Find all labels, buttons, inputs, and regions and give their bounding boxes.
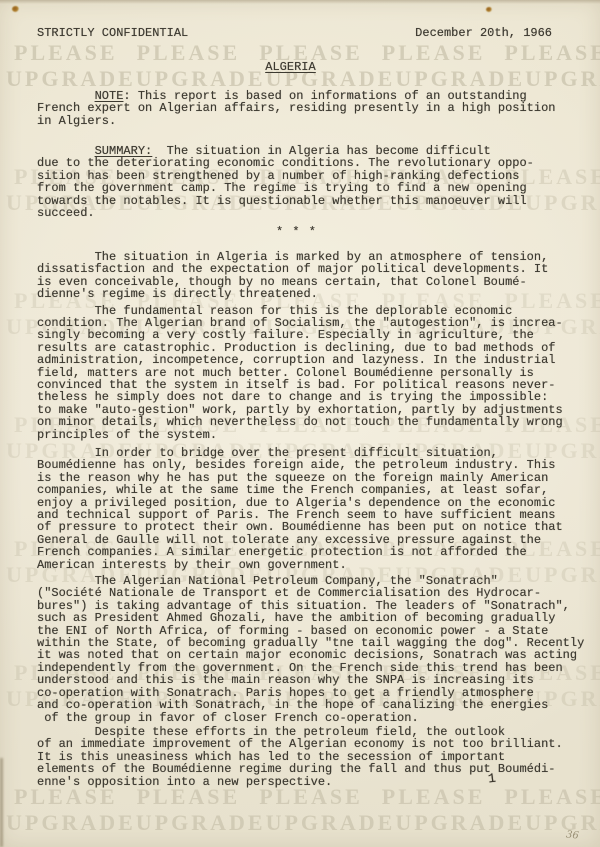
text-line: such as President Ahmed Ghozali, have th…	[37, 612, 580, 624]
text-line: due to the deteriorating economic condit…	[37, 157, 580, 169]
text-line: of the group in favor of closer French c…	[37, 712, 580, 724]
watermark-word: UPGRADE	[136, 812, 266, 834]
text-line: companies, while at the same time the Fr…	[37, 484, 580, 496]
paragraph-petroleum: In order to bridge over the present diff…	[37, 447, 580, 571]
paragraph-situation: The situation in Algeria is marked by an…	[37, 251, 580, 301]
text-line: towards the notables. It is questionable…	[37, 195, 580, 207]
page-number-mark: 1	[487, 771, 497, 787]
watermark-word: PLEASE	[382, 786, 486, 808]
text-line: principles of the system.	[37, 429, 580, 441]
paragraph-economic-condition: The fundamental reason for this is the d…	[37, 305, 580, 441]
text-line: understood and this is the main reason w…	[37, 674, 580, 686]
document-body: NOTE: This report is based on informatio…	[37, 90, 580, 788]
text-line: elements of the Boumédienne regime durin…	[37, 763, 580, 775]
watermark-word: UPGRADE	[266, 812, 396, 834]
text-line: of pressure to protect their own. Bouméd…	[37, 521, 580, 533]
text-line: French companies. A similar energetic pr…	[37, 546, 580, 558]
text-line: it was noted that on certain major econo…	[37, 649, 580, 661]
watermark-word: PLEASE	[504, 786, 600, 808]
watermark-word: UPGRADE	[525, 812, 600, 834]
watermark-word: UPGRADE	[6, 812, 136, 834]
watermark-word: PLEASE	[259, 786, 363, 808]
paragraph-summary: SUMMARY: The situation in Algeria has be…	[37, 145, 580, 219]
page-title: ALGERIA	[19, 61, 562, 73]
text-line: singly becoming a very costly failure. E…	[37, 329, 580, 341]
watermark-row-please: PLEASEPLEASEPLEASEPLEASEPLEASE	[14, 786, 600, 808]
text-line: in Algiers.	[37, 115, 580, 127]
watermark-word: PLEASE	[137, 786, 241, 808]
document-page: PLEASEPLEASEPLEASEPLEASEPLEASEUPGRADEUPG…	[0, 0, 600, 847]
section-separator: * * *	[25, 226, 568, 238]
watermark-word: UPGRADE	[395, 812, 525, 834]
watermark-word: PLEASE	[14, 786, 118, 808]
text-line: and co-operation with Sonatrach, in the …	[37, 699, 580, 711]
classification-label: STRICTLY CONFIDENTIAL	[37, 27, 188, 39]
text-line: administration, incompetence, corruption…	[37, 354, 580, 366]
text-line: ("Société Nationale de Transport et de C…	[37, 587, 580, 599]
text-line: enne's opposition into a new perspective…	[37, 776, 580, 788]
paragraph-outlook: Despite these efforts in the petroleum f…	[37, 726, 580, 788]
text-line: succeed.	[37, 207, 580, 219]
text-line: French expert on Algerian affairs, resid…	[37, 102, 580, 114]
document-content: STRICTLY CONFIDENTIAL December 20th, 196…	[0, 0, 600, 788]
watermark-row-upgrade: UPGRADEUPGRADEUPGRADEUPGRADEUPGRADE	[6, 812, 600, 834]
pencil-annotation: 36	[565, 829, 579, 841]
text-line: from the government camp. The regime is …	[37, 182, 580, 194]
text-line: Boumédienne has only, besides foreign ai…	[37, 459, 580, 471]
text-line: theless he simply does not dare to chang…	[37, 391, 580, 403]
text-line: of an immediate improvement of the Alger…	[37, 738, 580, 750]
text-line: American interests by their own governme…	[37, 559, 580, 571]
page-header: STRICTLY CONFIDENTIAL December 20th, 196…	[37, 27, 580, 39]
text-line: dienne's regime is directly threatened.	[37, 288, 580, 300]
paragraph-note: NOTE: This report is based on informatio…	[37, 90, 580, 127]
date-label: December 20th, 1966	[415, 27, 552, 39]
text-line: dissatisfaction and the expectation of m…	[37, 263, 580, 275]
text-line: on minor details, which nevertheless do …	[37, 416, 580, 428]
paragraph-sonatrach: The Algerian National Petroleum Company,…	[37, 575, 580, 724]
